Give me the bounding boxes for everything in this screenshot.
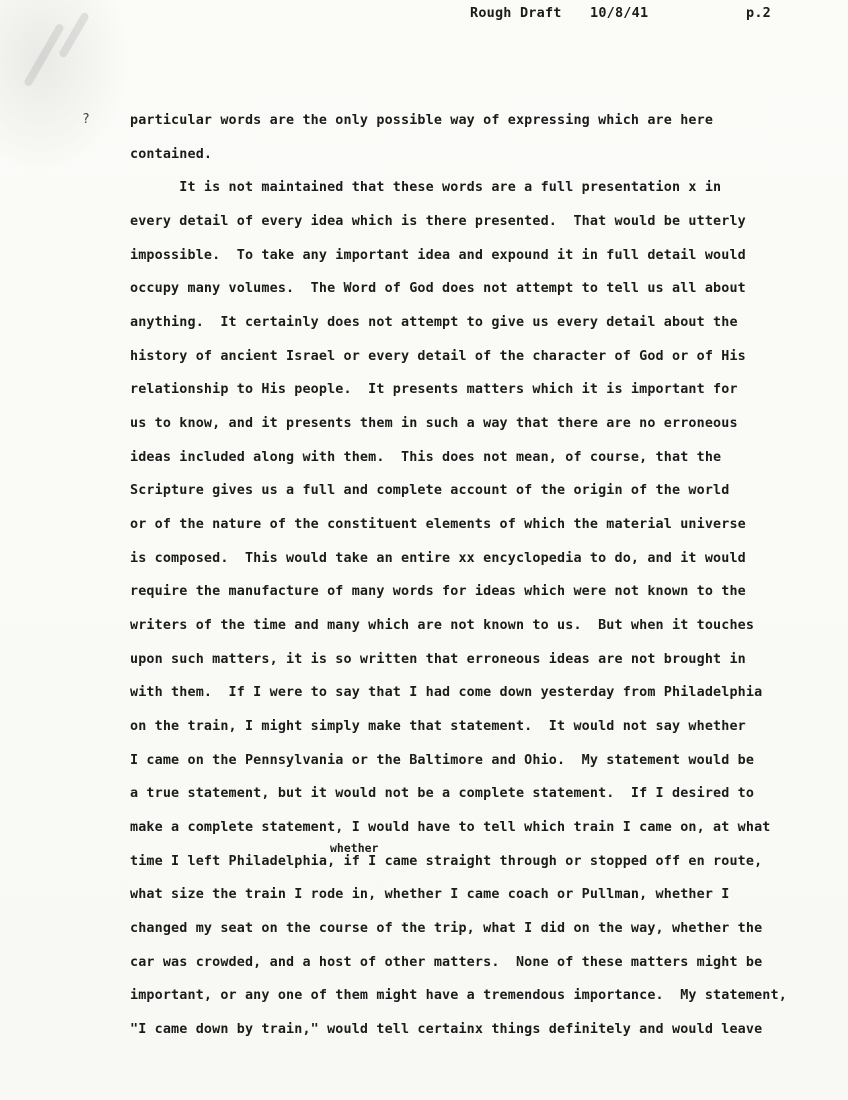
text-line: Scripture gives us a full and complete a… — [130, 481, 729, 501]
text-line: It is not maintained that these words ar… — [130, 178, 721, 198]
text-line: I came on the Pennsylvania or the Baltim… — [130, 751, 754, 771]
text-line: with them. If I were to say that I had c… — [130, 683, 762, 703]
text-line: occupy many volumes. The Word of God doe… — [130, 279, 746, 299]
page-number: p.2 — [746, 5, 771, 21]
draft-date: 10/8/41 — [590, 5, 648, 21]
text-line: "I came down by train," would tell certa… — [130, 1020, 762, 1040]
text-line: a true statement, but it would not be a … — [130, 784, 754, 804]
text-line: relationship to His people. It presents … — [130, 380, 738, 400]
text-line: every detail of every idea which is ther… — [130, 212, 746, 232]
margin-mark: ? — [82, 112, 90, 127]
text-line: impossible. To take any important idea a… — [130, 246, 746, 266]
text-line: particular words are the only possible w… — [130, 111, 713, 131]
text-line: time I left Philadelphia, if I came stra… — [130, 852, 762, 872]
text-line: writers of the time and many which are n… — [130, 616, 754, 636]
document-page: Rough Draft 10/8/41 p.2 ? particular wor… — [0, 0, 848, 1100]
text-line: important, or any one of them might have… — [130, 986, 787, 1006]
text-line: anything. It certainly does not attempt … — [130, 313, 738, 333]
text-line: require the manufacture of many words fo… — [130, 582, 746, 602]
text-line: or of the nature of the constituent elem… — [130, 515, 746, 535]
text-line: history of ancient Israel or every detai… — [130, 347, 746, 367]
text-line: is composed. This would take an entire x… — [130, 549, 746, 569]
text-line: upon such matters, it is so written that… — [130, 650, 746, 670]
text-line: car was crowded, and a host of other mat… — [130, 953, 762, 973]
text-line: what size the train I rode in, whether I… — [130, 885, 729, 905]
page-header: Rough Draft 10/8/41 p.2 — [470, 5, 503, 85]
text-line: on the train, I might simply make that s… — [130, 717, 746, 737]
text-line: contained. — [130, 145, 212, 165]
text-line: us to know, and it presents them in such… — [130, 414, 738, 434]
page-smudge — [58, 11, 90, 58]
text-line: changed my seat on the course of the tri… — [130, 919, 762, 939]
draft-label: Rough Draft — [470, 5, 562, 21]
text-line: make a complete statement, I would have … — [130, 818, 771, 838]
text-line: ideas included along with them. This doe… — [130, 448, 721, 468]
